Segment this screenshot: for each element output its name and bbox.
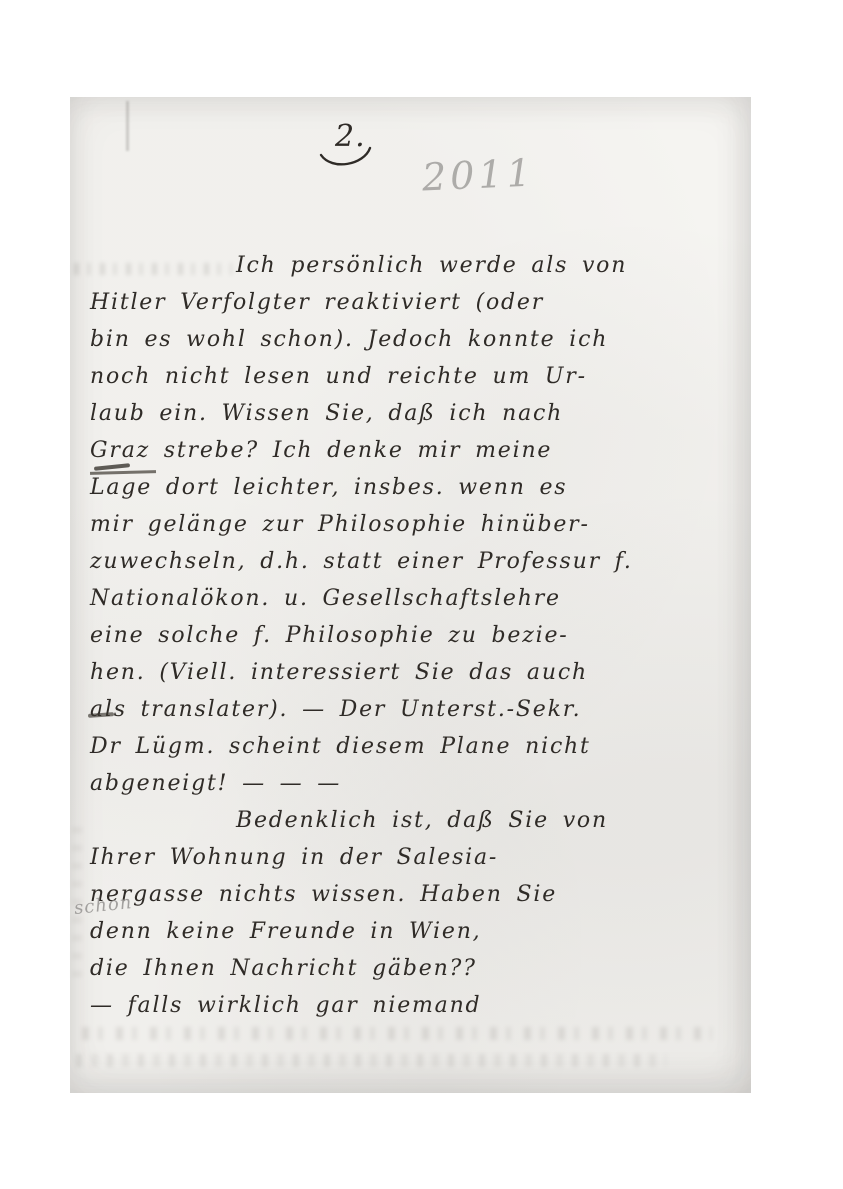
letter-line: Graz strebe? Ich denke mir meine bbox=[90, 432, 735, 469]
letter-line: Nationalökon. u. Gesellschaftslehre bbox=[90, 580, 735, 617]
scan-smudge-top-left bbox=[126, 101, 129, 151]
letter-line: Ich persönlich werde als von bbox=[90, 247, 735, 284]
bleed-through-bottom-1 bbox=[82, 1027, 712, 1040]
letter-line: Ihrer Wohnung in der Salesia- bbox=[90, 839, 735, 876]
letter-line: noch nicht lesen und reichte um Ur- bbox=[90, 358, 735, 395]
letter-line: — falls wirklich gar niemand bbox=[90, 987, 735, 1024]
page-number-flourish bbox=[318, 145, 374, 171]
letter-page: 2. 2011 Ich persönlich werde als vonHitl… bbox=[70, 97, 751, 1093]
letter-body: Ich persönlich werde als vonHitler Verfo… bbox=[90, 247, 735, 1024]
letter-line: als translater). — Der Unterst.-Sekr. bbox=[90, 691, 735, 728]
stamp-number: 2011 bbox=[421, 151, 536, 200]
letter-line: laub ein. Wissen Sie, daß ich nach bbox=[90, 395, 735, 432]
letter-line: Hitler Verfolgter reaktiviert (oder bbox=[90, 284, 735, 321]
letter-line: denn keine Freunde in Wien, bbox=[90, 913, 735, 950]
letter-line: abgeneigt! — — — bbox=[90, 765, 735, 802]
letter-line: eine solche f. Philosophie zu bezie- bbox=[90, 617, 735, 654]
letter-line: zuwechseln, d.h. statt einer Professur f… bbox=[90, 543, 735, 580]
letter-line: mir gelänge zur Philosophie hinüber- bbox=[90, 506, 735, 543]
scan-canvas: 2. 2011 Ich persönlich werde als vonHitl… bbox=[0, 0, 843, 1189]
letter-line: bin es wohl schon). Jedoch konnte ich bbox=[90, 321, 735, 358]
letter-line: Lage dort leichter, insbes. wenn es bbox=[90, 469, 735, 506]
letter-line: Dr Lügm. scheint diesem Plane nicht bbox=[90, 728, 735, 765]
letter-line: die Ihnen Nachricht gäben?? bbox=[90, 950, 735, 987]
letter-line: nergasse nichts wissen. Haben Sie bbox=[90, 876, 735, 913]
letter-line: hen. (Viell. interessiert Sie das auch bbox=[90, 654, 735, 691]
bleed-through-bottom-2 bbox=[76, 1054, 666, 1067]
letter-line: Bedenklich ist, daß Sie von bbox=[90, 802, 735, 839]
